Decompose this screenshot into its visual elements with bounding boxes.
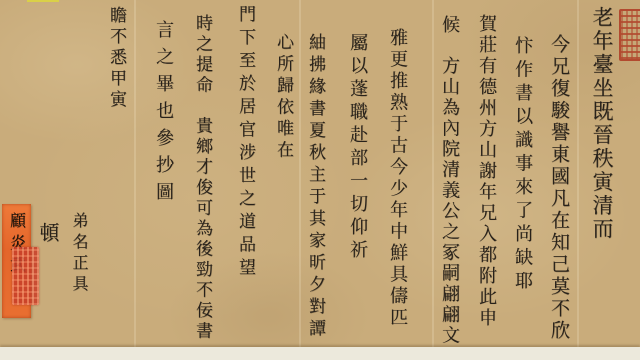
photo-edge-strip — [0, 347, 640, 360]
paper-crease — [299, 0, 301, 347]
text-column-6: 雅更推熟于古今少年中鮮具儔匹 — [388, 28, 406, 329]
text-column-12: 言之畢也參抄圖 — [154, 20, 172, 209]
paper-crease — [134, 0, 136, 347]
text-column-8: 紬拂緣書夏秋主于其家昕夕對譚 — [306, 33, 323, 341]
text-column-2: 今兄復駿譽東國凡在知己莫不欣 — [549, 34, 568, 342]
text-column-13: 瞻不悉甲寅 — [107, 6, 124, 111]
text-column-3: 忭作書以識事來了尚缺耶 — [513, 36, 531, 295]
text-column-1: 老年臺坐既晉秩寅清而 — [591, 6, 612, 241]
text-column-4: 賀莊有德州方山謝年兄入都附此申 — [477, 14, 495, 329]
paper-fleck — [27, 0, 59, 2]
paper-crease — [432, 0, 434, 347]
collector-seal-icon — [619, 9, 640, 61]
text-column-5: 候 方山為內院清義公之冢嗣翩翩文 — [440, 15, 458, 346]
name-seal-icon — [12, 247, 39, 305]
signature-column: 弟名正具 — [71, 212, 87, 296]
calligraphy-scroll: 老年臺坐既晉秩寅清而 今兄復駿譽東國凡在知己莫不欣 忭作書以識事來了尚缺耶 賀莊… — [0, 0, 640, 360]
text-column-11: 時之提命 貴鄉才俊可為後勁不佞書 — [193, 14, 210, 342]
paper-crease — [577, 0, 579, 347]
text-column-10: 門下至於居官涉世之道品望 — [236, 5, 253, 281]
text-column-7: 屬以蓬職赴部一切仰祈 — [348, 33, 366, 263]
signature-kowtow-mark: 頓 — [38, 222, 58, 242]
text-column-9: 心所歸依唯在 — [274, 33, 291, 162]
